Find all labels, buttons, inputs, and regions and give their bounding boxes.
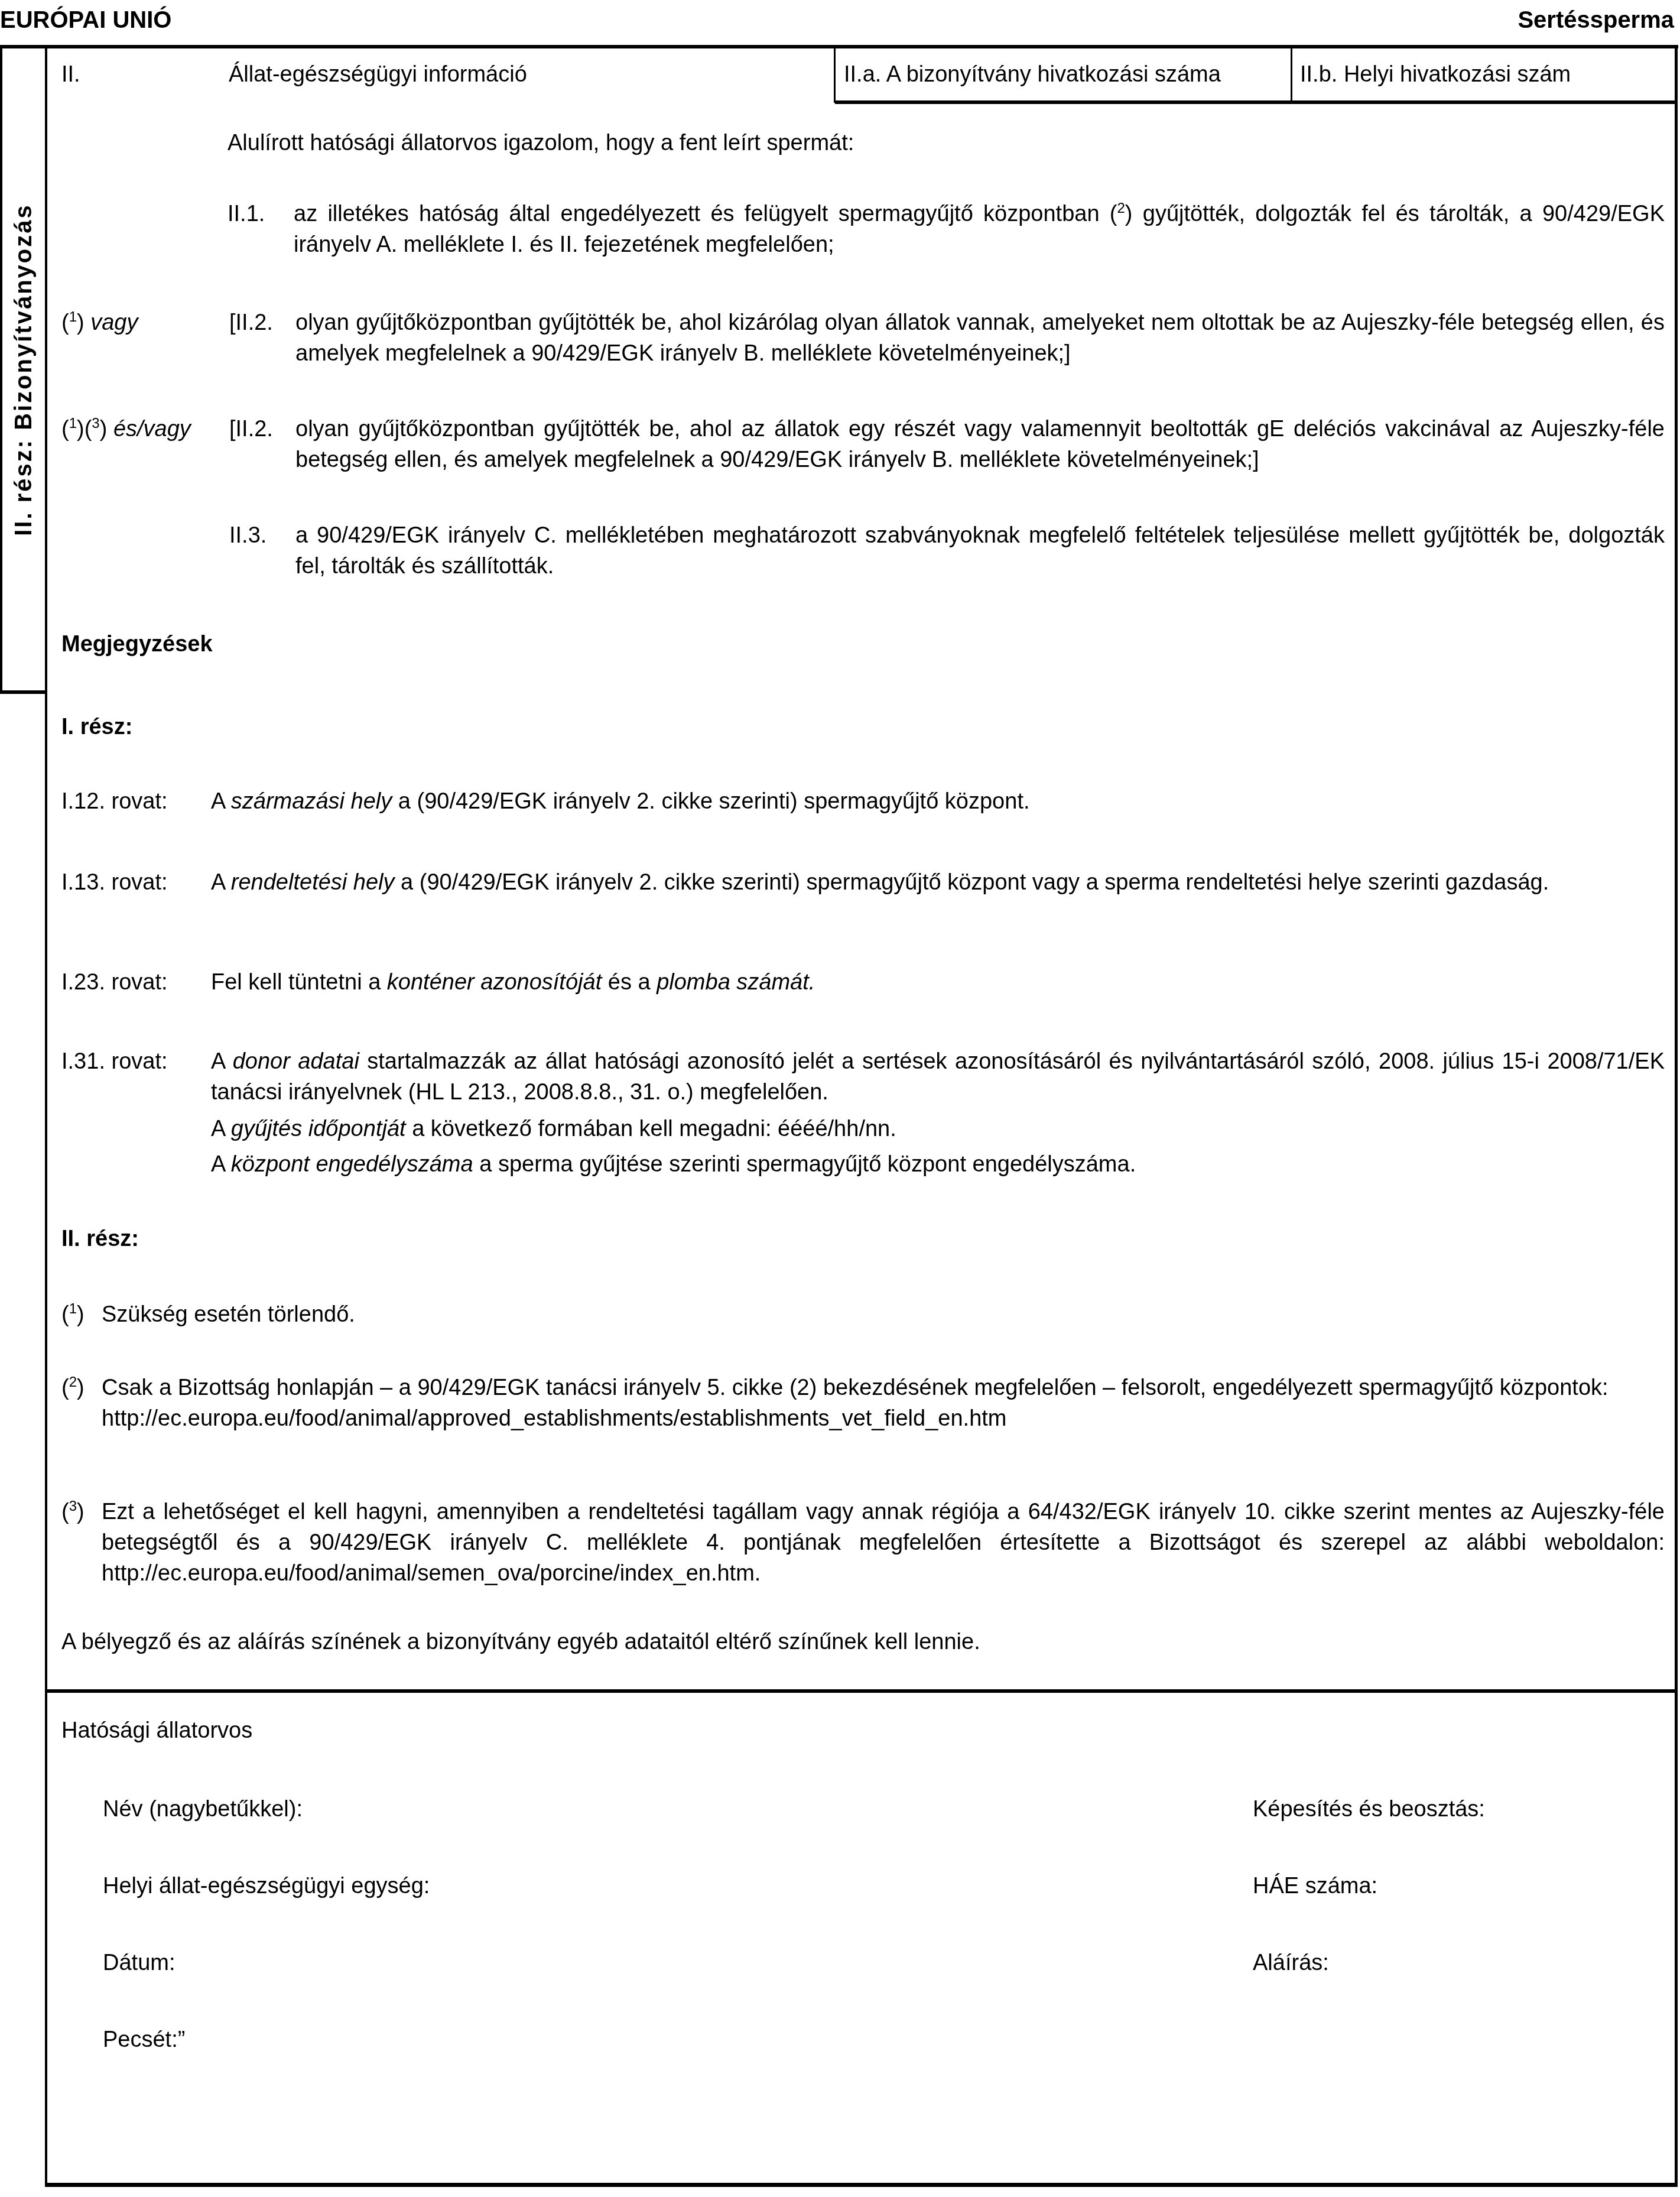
header-divider-1 [834,47,836,103]
item-number: II.1. [228,199,265,229]
note-i31-approval: A központ engedélyszáma a sperma gyűjtés… [211,1149,1665,1180]
item-number: II.3. [229,520,267,551]
note-i31: A donor adatai startalmazzák az állat ha… [211,1046,1665,1108]
section-title: Állat-egészségügyi információ [229,47,527,102]
item-number: [II.2. [229,307,273,338]
note-i13: A rendeltetési hely a (90/429/EGK iránye… [211,867,1665,898]
note-i23: Fel kell tüntetni a konténer azonosítójá… [211,967,1665,998]
note-label: I.31. rovat: [61,1046,168,1077]
note-label: I.12. rovat: [61,786,168,817]
signature-divider [45,1689,1678,1693]
stamp-note: A bélyegző és az aláírás színének a bizo… [61,1627,1657,1657]
header-divider-2 [1291,47,1292,103]
footnote-3-link[interactable]: http://ec.europa.eu/food/animal/semen_ov… [102,1561,761,1586]
unit-number-label: HÁE száma: [1253,1874,1377,1899]
header-left: EURÓPAI UNIÓ [0,7,171,34]
option-label: (1)(3) és/vagy [61,414,191,444]
note-i12: A származási hely a (90/429/EGK irányelv… [211,786,1665,817]
frame-bottom-border [45,2183,1678,2187]
date-label: Dátum: [103,1951,175,1976]
footnote-mark: (2) [61,1372,85,1403]
footnote-mark: (3) [61,1497,85,1527]
part2-title: II. rész: [61,1224,139,1254]
cert-item-2b: olyan gyűjtőközpontban gyűjtötték be, ah… [295,414,1665,475]
header-right: Sertéssperma [1517,7,1674,34]
frame-right-border [1675,45,1678,2186]
content-left-border [45,45,47,2186]
sidebar-label-text: II. rész: Bizonyítványozás [11,203,37,536]
cert-item-2a: olyan gyűjtőközpontban gyűjtötték be, ah… [295,307,1665,369]
item-number: [II.2. [229,414,273,444]
name-label: Név (nagybetűkkel): [103,1797,303,1822]
section-number: II. [61,47,80,102]
sidebar-label: II. rész: Bizonyítványozás [2,47,45,692]
stamp-label: Pecsét:” [103,2027,185,2053]
signature-title: Hatósági állatorvos [61,1718,252,1744]
qualification-label: Képesítés és beosztás: [1253,1797,1485,1822]
notes-title: Megjegyzések [61,629,213,660]
part1-title: I. rész: [61,712,132,742]
footnote-1: Szükség esetén törlendő. [102,1299,1665,1330]
footnote-3: Ezt a lehetőséget el kell hagyni, amenny… [102,1497,1665,1589]
footnote-2-link[interactable]: http://ec.europa.eu/food/animal/approved… [102,1406,1007,1431]
cert-ref-cell: II.a. A bizonyítvány hivatkozási száma [844,47,1221,102]
footnote-mark: (1) [61,1299,85,1330]
certification-intro: Alulírott hatósági állatorvos igazolom, … [228,128,1646,158]
note-label: I.23. rovat: [61,967,168,998]
footnote-2: Csak a Bizottság honlapján – a 90/429/EG… [102,1372,1665,1434]
local-ref-cell: II.b. Helyi hivatkozási szám [1300,47,1571,102]
cert-item-3: a 90/429/EGK irányelv C. mellékletében m… [295,520,1665,582]
option-label: (1) vagy [61,307,138,338]
unit-label: Helyi állat-egészségügyi egység: [103,1874,430,1899]
signature-label: Aláírás: [1253,1951,1329,1976]
cert-item-1: az illetékes hatóság által engedélyezett… [294,199,1665,260]
note-label: I.13. rovat: [61,867,168,898]
note-i31-date: A gyűjtés időpontját a következő formába… [211,1114,1665,1144]
